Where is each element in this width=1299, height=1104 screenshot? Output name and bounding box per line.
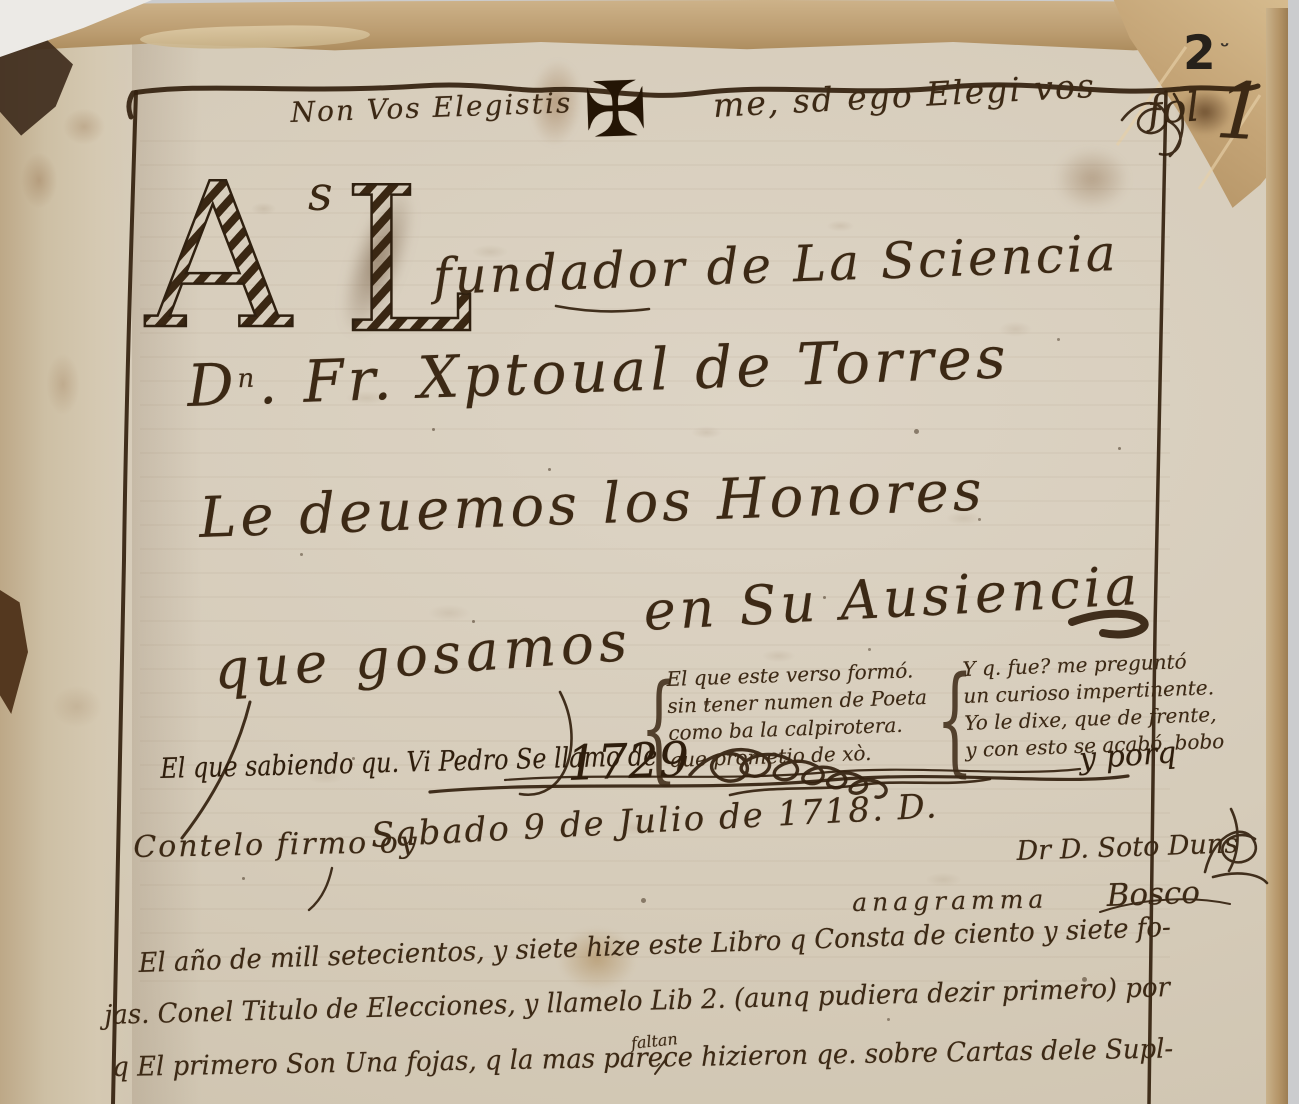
maltese-cross-icon: ✠: [582, 64, 649, 155]
anagram-label: anagramma: [852, 885, 1049, 917]
name-superscript: n: [237, 364, 259, 395]
modern-page-number-value: 2: [1183, 26, 1216, 81]
modern-page-number: 2ᵕ: [1183, 26, 1229, 81]
initial-letter-a: A: [144, 141, 293, 374]
struck-line-tail: y porq: [1078, 735, 1178, 777]
border-left-line: [113, 92, 136, 1104]
name-initial: D: [186, 350, 239, 420]
struck-line-year: 1729: [566, 732, 690, 792]
modern-page-number-mark: ᵕ: [1220, 34, 1230, 58]
border-right-line: [1149, 92, 1166, 1104]
oy-descender: [309, 868, 332, 910]
verse-column-left: El que este verso formó. sin tener numen…: [666, 657, 929, 774]
anagram-value: Bosco: [1106, 875, 1201, 914]
photo-background: Non Vos Elegistis ✠ me, sd ego Elegi vos…: [0, 0, 1299, 1104]
folio-label: fol: [1146, 84, 1201, 133]
initial-letter-s: s: [308, 166, 333, 222]
